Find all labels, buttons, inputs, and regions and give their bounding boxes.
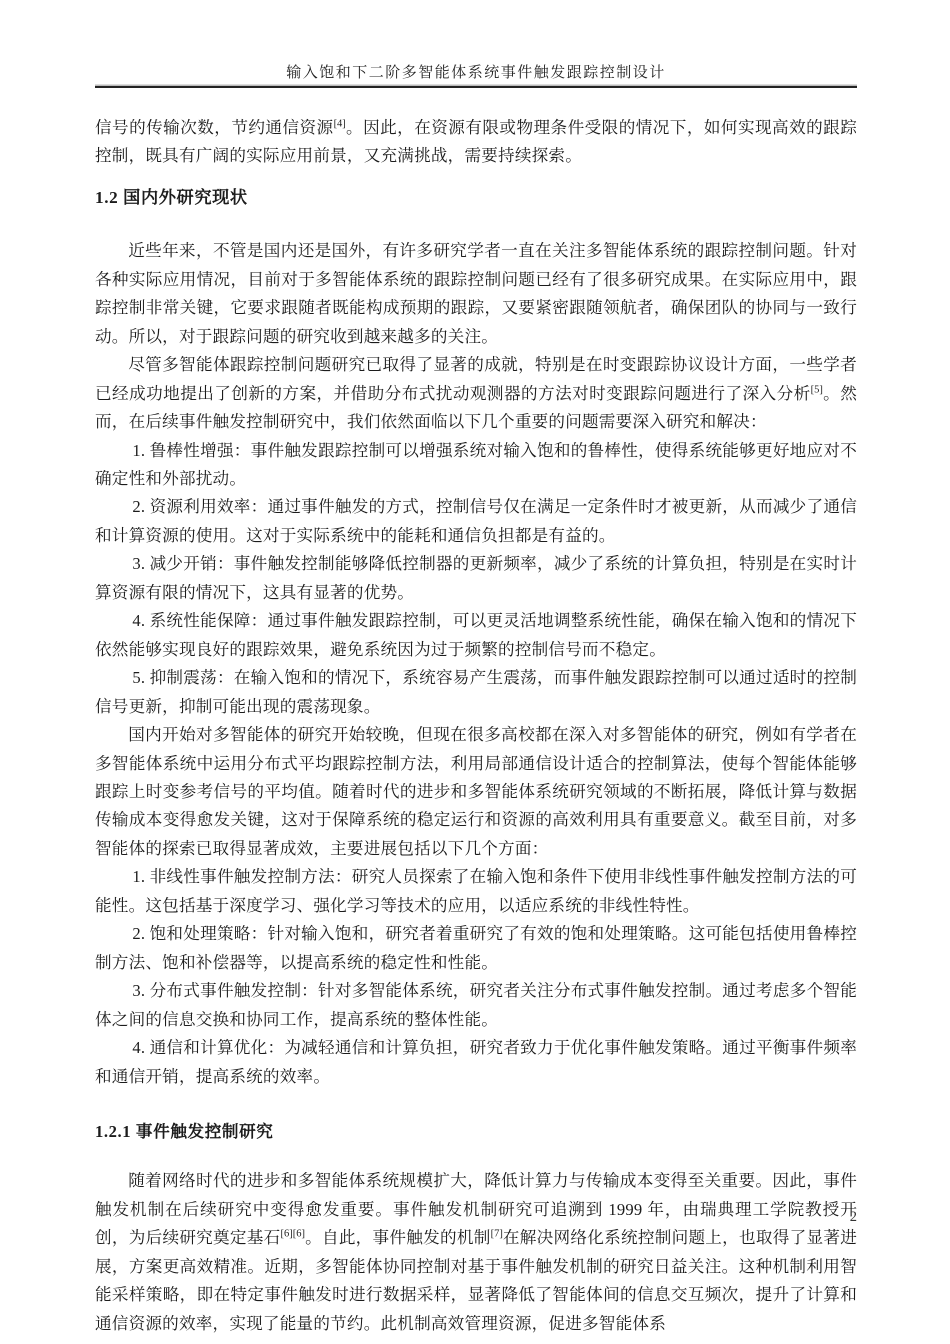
problem-item-5-oscillation-suppression: 5. 抑制震荡：在输入饱和的情况下，系统容易产生震荡，而事件触发跟踪控制可以通过… [95,664,857,721]
domestic-research-paragraph: 国内开始对多智能体的研究开始较晚，但现在很多高校都在深入对多智能体的研究，例如有… [95,721,857,863]
header-rule [95,86,857,88]
progress-item-1-nonlinear-etc: 1. 非线性事件触发控制方法：研究人员探索了在输入饱和条件下使用非线性事件触发控… [95,863,857,920]
tracking-achievements-paragraph: 尽管多智能体跟踪控制问题研究已取得了显著的成就，特别是在时变跟踪协议设计方面，一… [95,351,857,436]
problem-item-3-overhead-reduction: 3. 减少开销：事件触发控制能够降低控制器的更新频率，减少了系统的计算负担，特别… [95,550,857,607]
section-1-2-heading: 1.2 国内外研究现状 [95,184,857,212]
citation-superscript: [6][6] [281,1229,306,1240]
event-triggered-history-paragraph: 随着网络时代的进步和多智能体系统规模扩大，降低计算力与传输成本变得至关重要。因此… [95,1167,857,1338]
research-status-paragraph: 近些年来，不管是国内还是国外，有许多研究学者一直在关注多智能体系统的跟踪控制问题… [95,237,857,351]
citation-superscript: [7] [491,1229,503,1240]
intro-continuation-paragraph: 信号的传输次数，节约通信资源[4]。因此，在资源有限或物理条件受限的情况下，如何… [95,114,857,171]
problem-item-1-robustness: 1. 鲁棒性增强：事件触发跟踪控制可以增强系统对输入饱和的鲁棒性，使得系统能够更… [95,437,857,494]
progress-item-3-distributed-etc: 3. 分布式事件触发控制：针对多智能体系统，研究者关注分布式事件触发控制。通过考… [95,977,857,1034]
problem-item-2-resource-efficiency: 2. 资源利用效率：通过事件触发的方式，控制信号仅在满足一定条件时才被更新，从而… [95,493,857,550]
document-page: 输入饱和下二阶多智能体系统事件触发跟踪控制设计 信号的传输次数，节约通信资源[4… [0,0,950,1344]
page-number: 2 [95,1209,857,1226]
citation-superscript: [4] [334,118,346,129]
page-body-content: 信号的传输次数，节约通信资源[4]。因此，在资源有限或物理条件受限的情况下，如何… [95,114,857,1338]
section-1-2-1-heading: 1.2.1 事件触发控制研究 [95,1118,857,1146]
progress-item-2-saturation-handling: 2. 饱和处理策略：针对输入饱和，研究者着重研究了有效的饱和处理策略。这可能包括… [95,920,857,977]
progress-item-4-communication-optimization: 4. 通信和计算优化：为减轻通信和计算负担，研究者致力于优化事件触发策略。通过平… [95,1034,857,1091]
running-header-title: 输入饱和下二阶多智能体系统事件触发跟踪控制设计 [95,61,857,82]
problem-item-4-performance-guarantee: 4. 系统性能保障：通过事件触发跟踪控制，可以更灵活地调整系统性能，确保在输入饱… [95,607,857,664]
citation-superscript: [5] [811,384,823,395]
